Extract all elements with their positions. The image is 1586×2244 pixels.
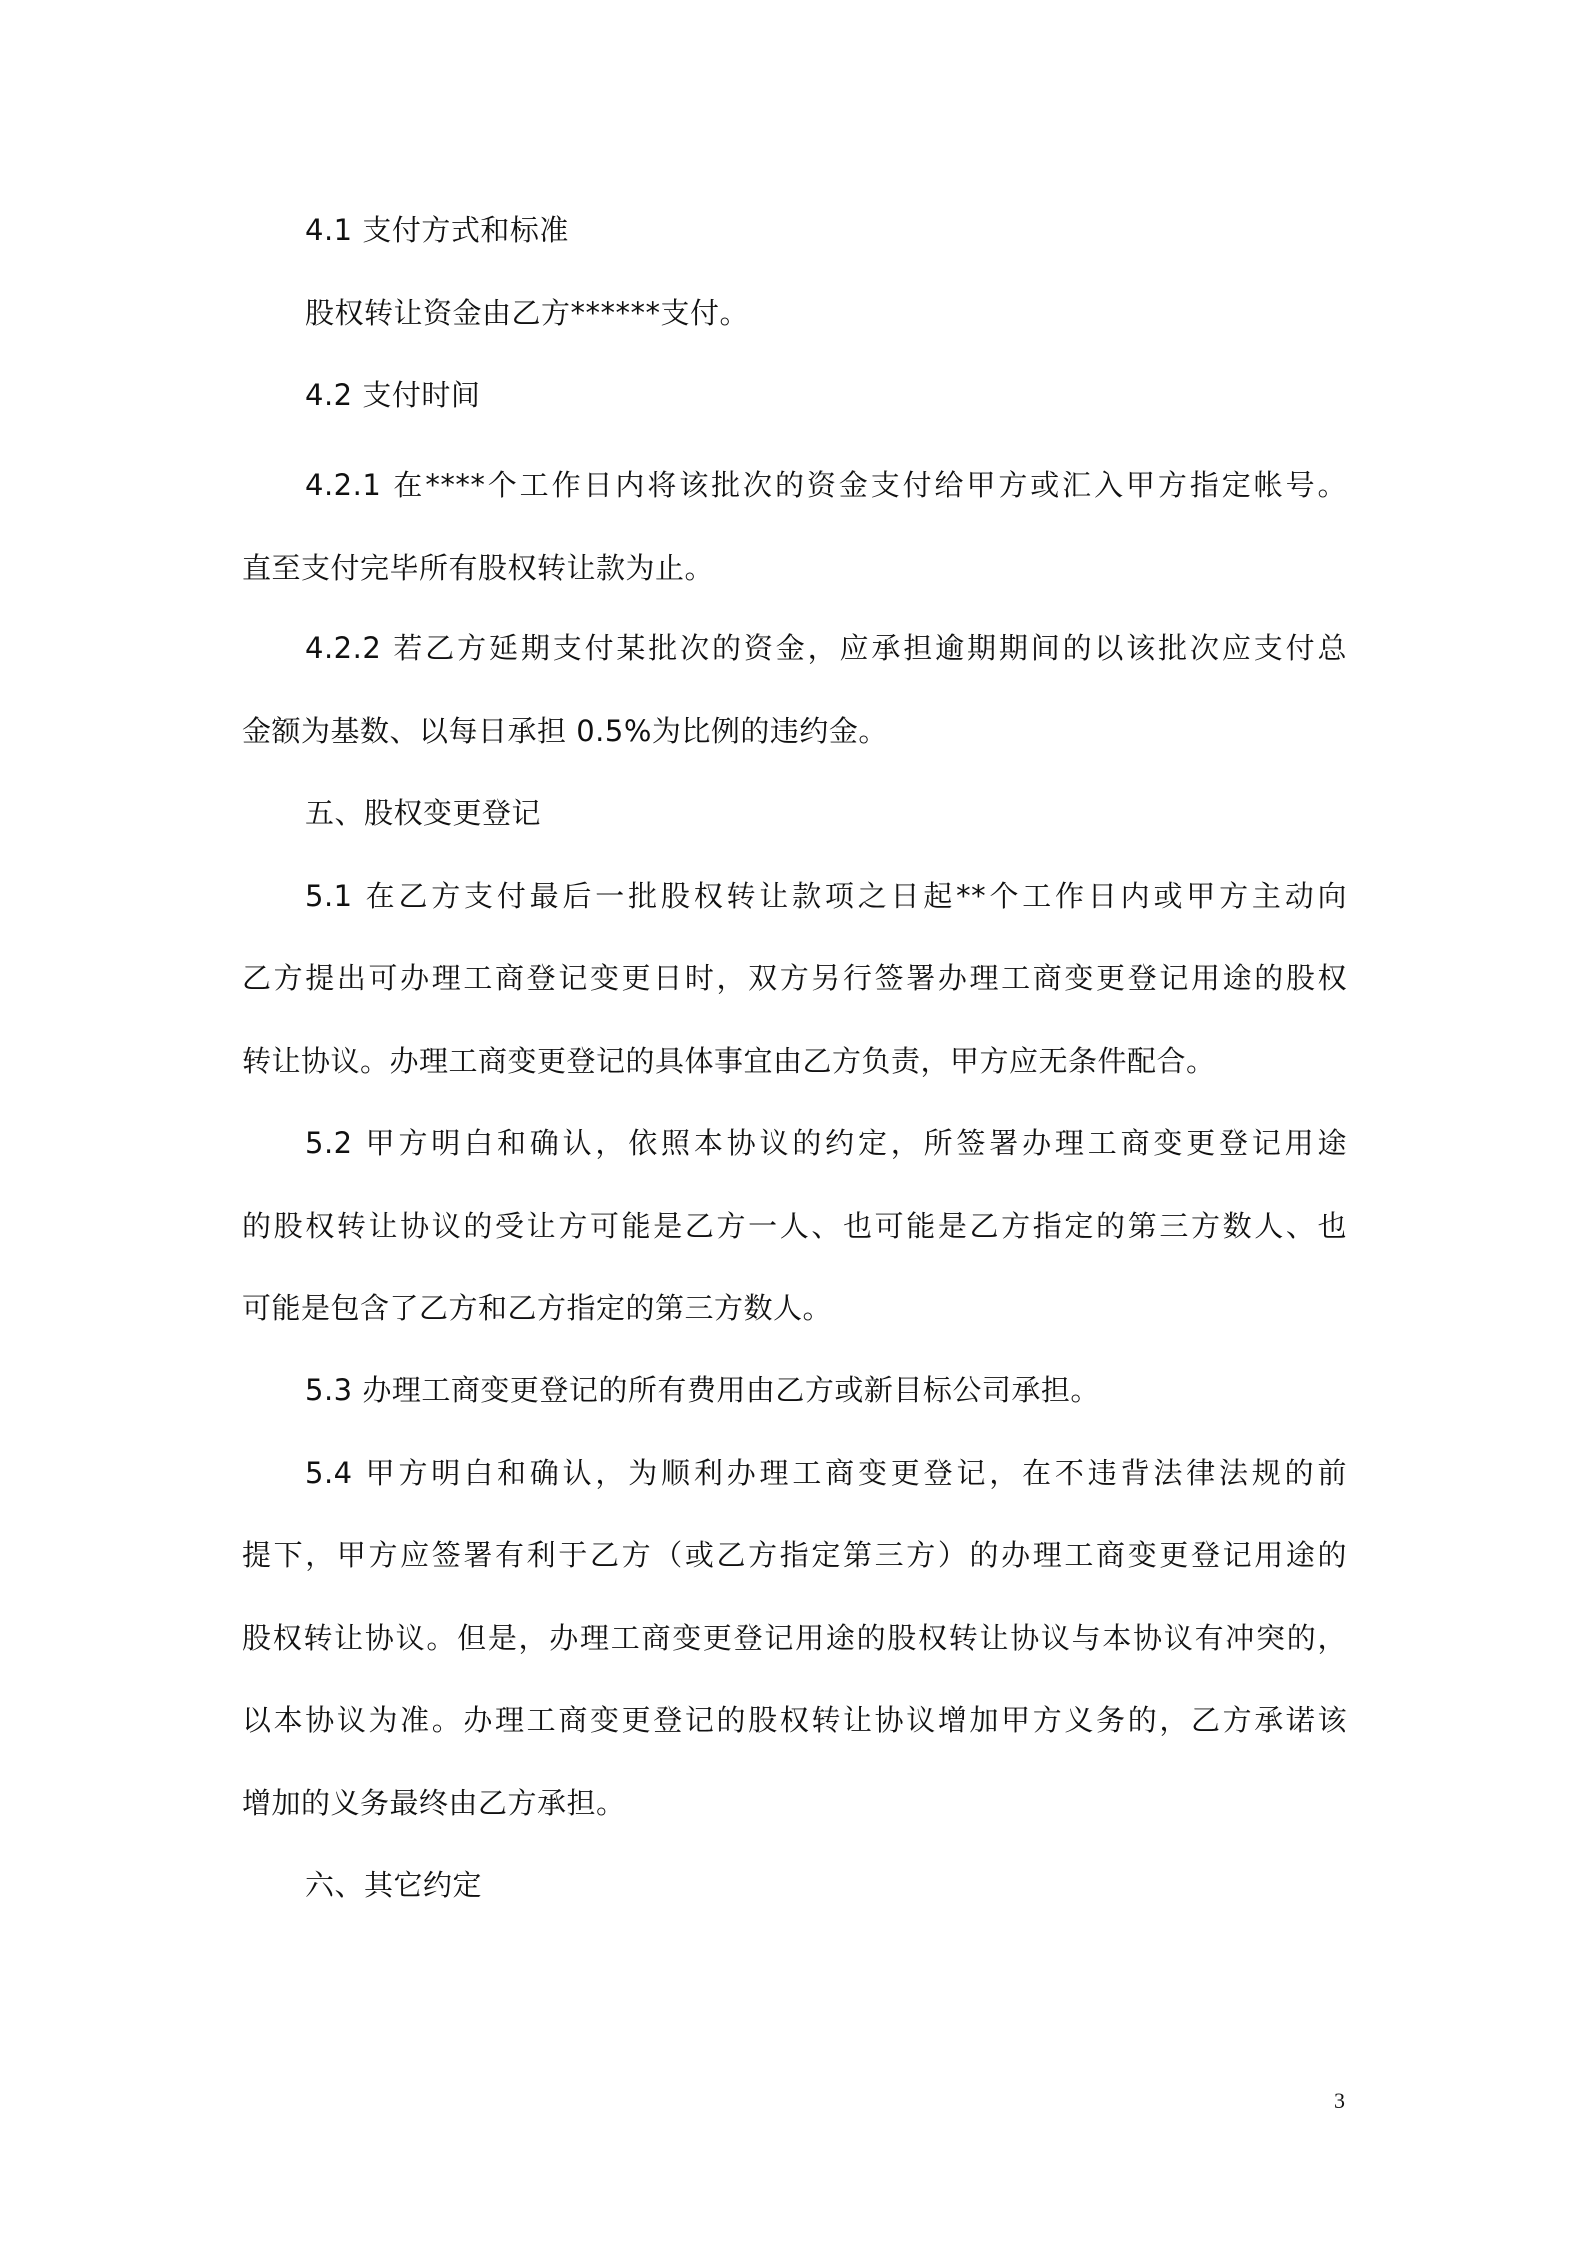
clause-5-2-line-3: 可能是包含了乙方和乙方指定的第三方数人。 [242,1288,832,1328]
clause-4-2-1-line-2: 直至支付完毕所有股权转让款为止。 [242,548,714,588]
clause-5-2-line-2: 的股权转让协议的受让方可能是乙方一人、也可能是乙方指定的第三方数人、也 [242,1206,1347,1246]
clause-5-4-line-3: 股权转让协议。但是，办理工商变更登记用途的股权转让协议与本协议有冲突的， [242,1618,1347,1658]
clause-5-4-line-4: 以本协议为准。办理工商变更登记的股权转让协议增加甲方义务的，乙方承诺该 [242,1700,1347,1740]
clause-5-2-line-1: 5.2 甲方明白和确认，依照本协议的约定，所签署办理工商变更登记用途 [305,1123,1347,1163]
clause-5-4-line-2: 提下，甲方应签署有利于乙方（或乙方指定第三方）的办理工商变更登记用途的 [242,1535,1347,1575]
clause-5-4-line-5: 增加的义务最终由乙方承担。 [242,1783,626,1823]
clause-5-1-line-2: 乙方提出可办理工商登记变更日时，双方另行签署办理工商变更登记用途的股权 [242,958,1347,998]
clause-5-3: 5.3 办理工商变更登记的所有费用由乙方或新目标公司承担。 [305,1370,1100,1410]
clause-4-2-2-line-2: 金额为基数、以每日承担 0.5%为比例的违约金。 [242,711,888,751]
section-6-heading: 六、其它约定 [305,1865,482,1905]
clause-4-2-1-line-1: 4.2.1 在****个工作日内将该批次的资金支付给甲方或汇入甲方指定帐号。 [305,465,1347,505]
section-5-heading: 五、股权变更登记 [305,793,541,833]
clause-5-1-line-3: 转让协议。办理工商变更登记的具体事宜由乙方负责，甲方应无条件配合。 [242,1041,1216,1081]
page-number: 3 [1334,2088,1345,2114]
section-4-1-body: 股权转让资金由乙方******支付。 [305,293,749,333]
clause-4-2-2-line-1: 4.2.2 若乙方延期支付某批次的资金，应承担逾期期间的以该批次应支付总 [305,628,1347,668]
document-page: 4.1 支付方式和标准 股权转让资金由乙方******支付。 4.2 支付时间 … [0,0,1586,2244]
clause-5-1-line-1: 5.1 在乙方支付最后一批股权转让款项之日起**个工作日内或甲方主动向 [305,876,1347,916]
clause-5-4-line-1: 5.4 甲方明白和确认，为顺利办理工商变更登记，在不违背法律法规的前 [305,1453,1347,1493]
section-4-2-heading: 4.2 支付时间 [305,375,480,415]
section-4-1-heading: 4.1 支付方式和标准 [305,210,569,250]
